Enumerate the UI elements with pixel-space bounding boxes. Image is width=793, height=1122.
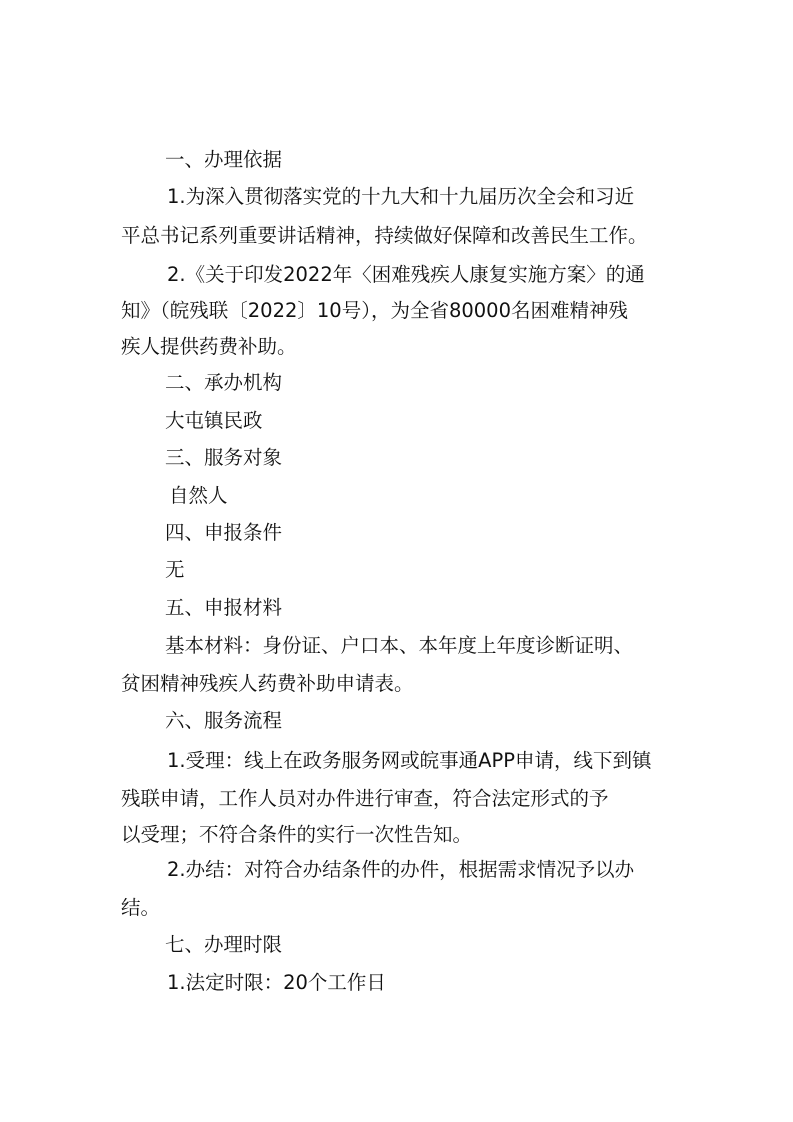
paragraph-line: 无: [165, 557, 185, 583]
paragraph-line: 大屯镇民政: [165, 408, 263, 434]
document-page: 一、办理依据 1.为深入贯彻落实党的十九大和十九届历次全会和习近 平总书记系列重…: [0, 0, 793, 1122]
paragraph-line: 2.办结：对符合办结条件的办件，根据需求情况予以办: [167, 857, 634, 883]
section-heading-1: 一、办理依据: [165, 147, 282, 173]
section-heading-2: 二、承办机构: [165, 370, 282, 396]
paragraph-line: 1.法定时限：20个工作日: [167, 970, 386, 996]
paragraph-line: 残联申请，工作人员对办件进行审查，符合法定形式的予: [121, 786, 609, 812]
section-heading-3: 三、服务对象: [165, 445, 282, 471]
paragraph-line: 基本材料：身份证、户口本、本年度上年度诊断证明、: [165, 633, 633, 659]
section-heading-7: 七、办理时限: [165, 932, 282, 958]
section-heading-4: 四、申报条件: [165, 520, 282, 546]
paragraph-line: 知》（皖残联〔2022〕10号），为全省80000名困难精神残: [121, 298, 628, 324]
paragraph-line: 以受理；不符合条件的实行一次性告知。: [121, 822, 472, 848]
section-heading-6: 六、服务流程: [165, 708, 282, 734]
paragraph-line: 1.受理：线上在政务服务网或皖事通APP申请，线下到镇: [167, 748, 651, 774]
paragraph-line: 结。: [121, 895, 160, 921]
paragraph-line: 2.《关于印发2022年〈困难残疾人康复实施方案〉的通: [167, 262, 645, 288]
section-heading-5: 五、申报材料: [165, 595, 282, 621]
paragraph-line: 自然人: [169, 483, 228, 509]
paragraph-line: 1.为深入贯彻落实党的十九大和十九届历次全会和习近: [167, 184, 634, 210]
paragraph-line: 贫困精神残疾人药费补助申请表。: [121, 671, 414, 697]
paragraph-line: 疾人提供药费补助。: [121, 334, 297, 360]
paragraph-line: 平总书记系列重要讲话精神，持续做好保障和改善民生工作。: [121, 223, 648, 249]
